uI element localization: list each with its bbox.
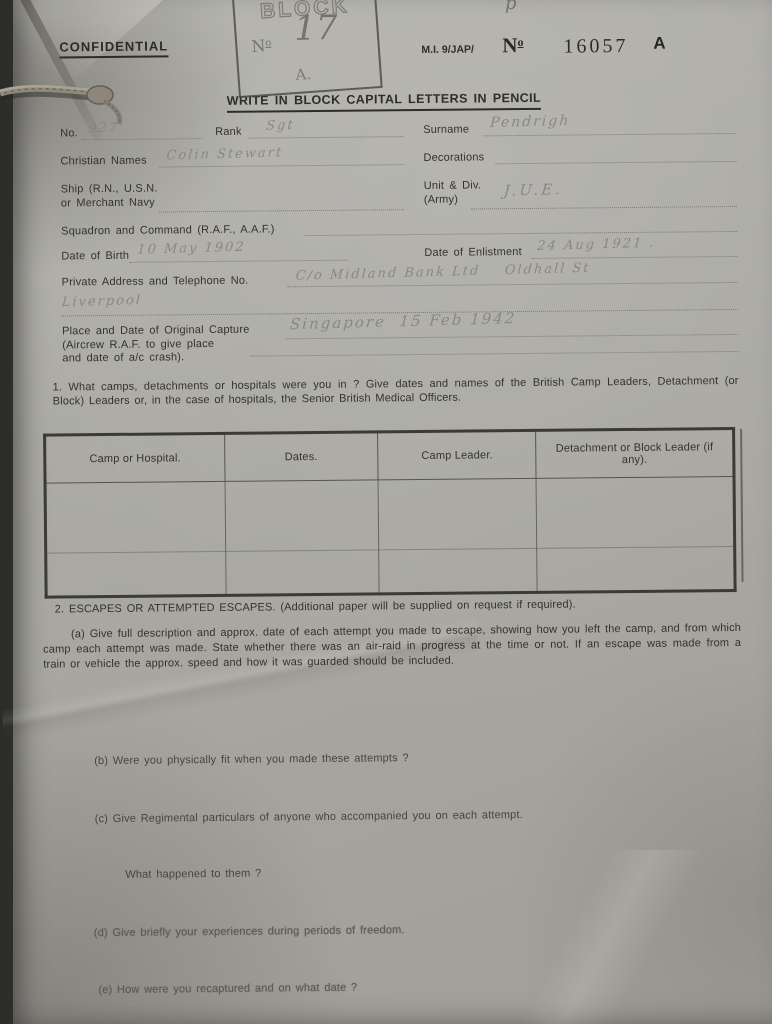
question-1-text: 1. What camps, detachments or hospitals … — [53, 375, 739, 409]
section-2-item-e: (e) How were you recaptured and on what … — [98, 979, 618, 997]
field-capture-line-2 — [250, 339, 738, 357]
mi9-reference-prefix: M.I. 9/JAP/ — [421, 43, 474, 56]
field-capture-label: Place and Date of Original Capture — [62, 324, 250, 338]
scanned-document: p CONFIDENTIAL BLOCK No 17 A. M.I. 9/JAP… — [0, 0, 772, 1024]
confidential-marking: CONFIDENTIAL — [59, 38, 168, 58]
section-2-item-b: (b) Were you physically fit when you mad… — [94, 749, 694, 768]
camps-table-header-row: Camp or Hospital. Dates. Camp Leader. De… — [45, 428, 734, 483]
field-enlistment-label: Date of Enlistment — [424, 246, 522, 259]
col-detachment-leader: Detachment or Block Leader (if any). — [536, 428, 734, 478]
field-christian-label: Christian Names — [60, 155, 146, 168]
col-dates: Dates. — [224, 432, 378, 481]
stamp-block-number: 17 — [294, 8, 338, 49]
section-2-item-d: (d) Give briefly your experiences during… — [94, 922, 654, 941]
serial-number: 16057 — [563, 35, 628, 59]
table-edge-shadow — [740, 429, 743, 582]
camps-table: Camp or Hospital. Dates. Camp Leader. De… — [43, 427, 737, 599]
col-camp-leader: Camp Leader. — [378, 430, 537, 480]
field-address-label: Private Address and Telephone No. — [62, 275, 249, 289]
col-camp-or-hospital: Camp or Hospital. — [45, 433, 225, 483]
binding-string — [0, 62, 150, 132]
block-number-stamp: BLOCK No 17 A. — [232, 0, 383, 98]
field-squadron-line — [304, 219, 737, 236]
camps-table-empty-row — [45, 476, 735, 597]
section-2-item-c-followup: What happened to them ? — [125, 865, 525, 882]
cell-dates — [225, 480, 379, 595]
stamp-no-label: No — [251, 36, 272, 56]
field-squadron-label: Squadron and Command (R.A.F., A.A.F.) — [61, 223, 275, 237]
field-ship-label-1: Ship (R.N., U.S.N. — [61, 183, 158, 196]
field-unit-label-2: (Army) — [424, 194, 458, 206]
field-dob-line — [129, 248, 347, 263]
field-decorations-line — [495, 149, 736, 164]
field-christian-line — [158, 152, 403, 167]
series-letter: A — [653, 34, 665, 54]
field-enlistment-line — [531, 244, 737, 259]
section-2-item-c: (c) Give Regimental particulars of anyon… — [95, 807, 715, 826]
section-2-item-a: (a) Give full description and approx. da… — [43, 621, 741, 673]
field-surname-label: Surname — [423, 124, 469, 136]
form-content: p CONFIDENTIAL BLOCK No 17 A. M.I. 9/JAP… — [0, 0, 772, 1024]
stamp-suffix: A. — [295, 65, 312, 84]
cell-detachment — [537, 476, 736, 592]
section-2-heading: 2. ESCAPES OR ATTEMPTED ESCAPES. (Additi… — [55, 597, 741, 617]
serial-no-label: No — [502, 33, 523, 58]
cell-camp — [45, 481, 226, 597]
field-decorations-label: Decorations — [423, 151, 484, 164]
pencil-page-mark: p — [505, 0, 517, 14]
field-rank-line — [248, 124, 403, 138]
field-unit-label-1: Unit & Div. — [424, 179, 481, 192]
field-rank-label: Rank — [215, 126, 242, 138]
field-surname-line — [483, 121, 736, 136]
field-dob-label: Date of Birth — [61, 250, 129, 263]
field-capture-note-2: and date of a/c crash). — [62, 351, 184, 364]
field-ship-label-2: or Merchant Navy — [61, 197, 155, 210]
field-capture-note-1: (Aircrew R.A.F. to give place — [62, 338, 214, 351]
field-unit-line — [471, 194, 737, 210]
cell-leader — [378, 478, 537, 594]
field-ship-line — [159, 197, 404, 212]
